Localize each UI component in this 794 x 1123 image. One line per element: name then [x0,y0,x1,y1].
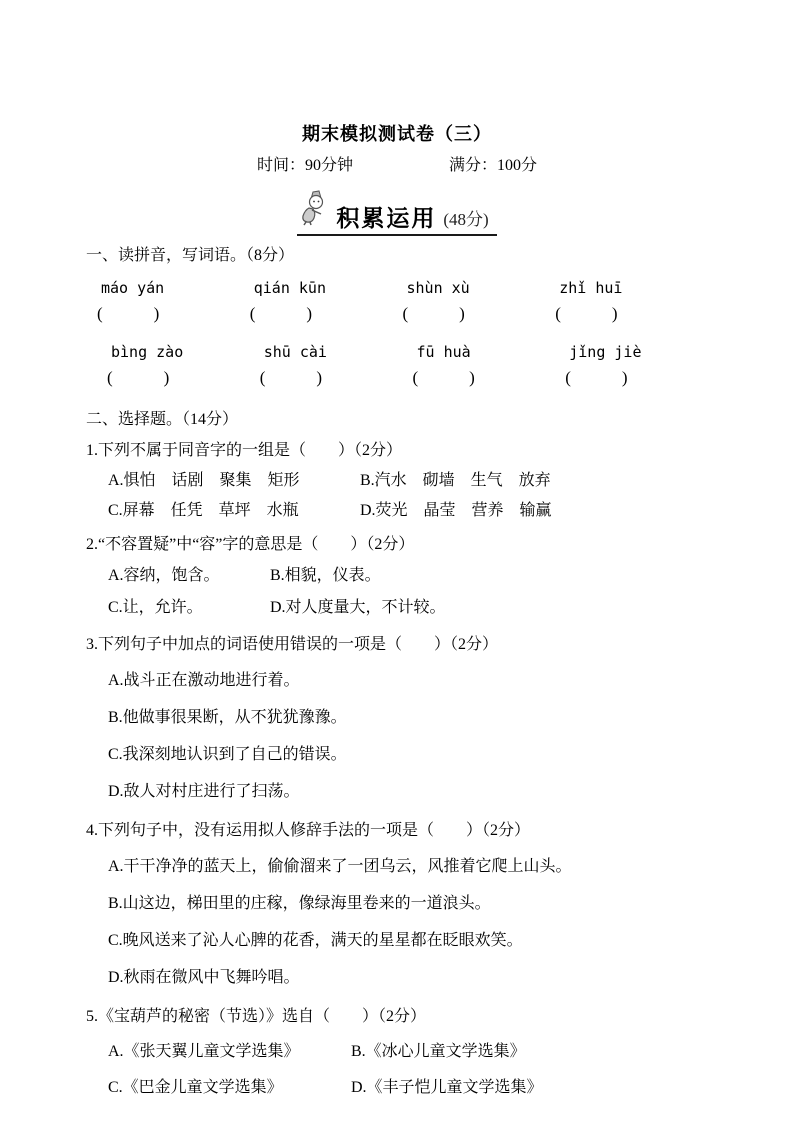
section-two-heading: 二、选择题。（14分） [86,408,708,432]
option-d: D.秋雨在微风中飞舞吟唱。 [108,959,708,996]
option-c: C.让，允许。 [108,592,270,624]
question-stem: 1.下列不属于同音字的一组是（ ）（2分） [86,436,708,466]
banner-points: (48分) [443,209,488,231]
options: A.干干净净的蓝天上，偷偷溜来了一团乌云，风推着它爬上山头。 B.山这边，梯田里… [86,848,708,996]
option-b: B.他做事很果断，从不犹犹豫豫。 [108,699,708,736]
pinyin-word: jǐng jiè [555,341,708,365]
answer-blank: ( ) [555,365,708,396]
option-b: B.山这边，梯田里的庄稼，像绿海里卷来的一道浪头。 [108,885,708,922]
question-4: 4.下列句子中，没有运用拟人修辞手法的一项是（ ）（2分） A.干干净净的蓝天上… [86,814,708,996]
pinyin-word: shū cài [250,341,403,365]
question-stem: 5.《宝葫芦的秘密（节选）》选自（ ）（2分） [86,1000,708,1034]
options: A.惧怕 话剧 聚集 矩形 B.汽水 砌墙 生气 放弃 C.屏幕 任凭 草坪 水… [86,466,708,526]
option-d: D.荧光 晶莹 营养 输赢 [360,496,708,526]
options: A.战斗正在激动地进行着。 B.他做事很果断，从不犹犹豫豫。 C.我深刻地认识到… [86,662,708,810]
banner-title: 积累运用 [336,205,436,231]
section-banner: 积累运用 (48分) [297,190,496,236]
pinyin-row: máo yán qián kūn shùn xù zhǐ huī [97,277,708,301]
page-title: 期末模拟测试卷（三） [86,122,708,146]
pinyin-row: bìng zào shū cài fū huà jǐng jiè [97,341,708,365]
pinyin-word: fū huà [403,341,556,365]
exam-meta: 时间：90分钟 满分：100分 [86,154,708,178]
option-b: B.《冰心儿童文学选集》 [351,1034,708,1070]
option-d: D.对人度量大，不计较。 [270,592,708,624]
question-stem: 3.下列句子中加点的词语使用错误的一项是（ ）（2分） [86,628,708,662]
answer-blank: ( ) [250,301,403,332]
full-score-label: 满分：100分 [449,154,537,178]
pinyin-word: máo yán [97,277,250,301]
section-banner-row: 积累运用 (48分) [86,190,708,236]
answer-blank: ( ) [97,301,250,332]
option-a: A.容纳，饱含。 [108,560,270,592]
option-b: B.相貌，仪表。 [270,560,708,592]
question-stem: 2.“不容置疑”中“容”字的意思是（ ）（2分） [86,530,708,560]
option-c: C.晚风送来了沁人心脾的花香，满天的星星都在眨眼欢笑。 [108,922,708,959]
pinyin-word: shùn xù [403,277,556,301]
option-d: D.《丰子恺儿童文学选集》 [351,1070,708,1106]
option-c: C.我深刻地认识到了自己的错误。 [108,736,708,773]
option-c: C.屏幕 任凭 草坪 水瓶 [108,496,360,526]
option-a: A.战斗正在激动地进行着。 [108,662,708,699]
option-b: B.汽水 砌墙 生气 放弃 [360,466,708,496]
exam-page: 期末模拟测试卷（三） 时间：90分钟 满分：100分 积累运用 (48分) 一、… [0,0,794,1123]
question-1: 1.下列不属于同音字的一组是（ ）（2分） A.惧怕 话剧 聚集 矩形 B.汽水… [86,436,708,526]
option-a: A.惧怕 话剧 聚集 矩形 [108,466,360,496]
pinyin-word: bìng zào [97,341,250,365]
answer-blank: ( ) [97,365,250,396]
answer-blank: ( ) [250,365,403,396]
pinyin-word: zhǐ huī [555,277,708,301]
option-a: A.《张天翼儿童文学选集》 [108,1034,351,1070]
question-5: 5.《宝葫芦的秘密（节选）》选自（ ）（2分） A.《张天翼儿童文学选集》 B.… [86,1000,708,1106]
time-label: 时间：90分钟 [257,154,353,178]
options: A.容纳，饱含。 B.相貌，仪表。 C.让，允许。 D.对人度量大，不计较。 [86,560,708,624]
question-2: 2.“不容置疑”中“容”字的意思是（ ）（2分） A.容纳，饱含。 B.相貌，仪… [86,530,708,624]
option-a: A.干干净净的蓝天上，偷偷溜来了一团乌云，风推着它爬上山头。 [108,848,708,885]
section-one-heading: 一、读拼音，写词语。（8分） [86,244,708,268]
question-stem: 4.下列句子中，没有运用拟人修辞手法的一项是（ ）（2分） [86,814,708,848]
question-3: 3.下列句子中加点的词语使用错误的一项是（ ）（2分） A.战斗正在激动地进行着… [86,628,708,810]
answer-blank-row: ( ) ( ) ( ) ( ) [97,365,708,396]
pinyin-exercise: máo yán qián kūn shùn xù zhǐ huī ( ) ( )… [86,277,708,396]
kid-mascot-icon [299,190,329,231]
answer-blank-row: ( ) ( ) ( ) ( ) [97,301,708,332]
option-c: C.《巴金儿童文学选集》 [108,1070,351,1106]
answer-blank: ( ) [403,301,556,332]
pinyin-word: qián kūn [250,277,403,301]
answer-blank: ( ) [555,301,708,332]
options: A.《张天翼儿童文学选集》 B.《冰心儿童文学选集》 C.《巴金儿童文学选集》 … [86,1034,708,1106]
answer-blank: ( ) [403,365,556,396]
option-d: D.敌人对村庄进行了扫荡。 [108,773,708,810]
